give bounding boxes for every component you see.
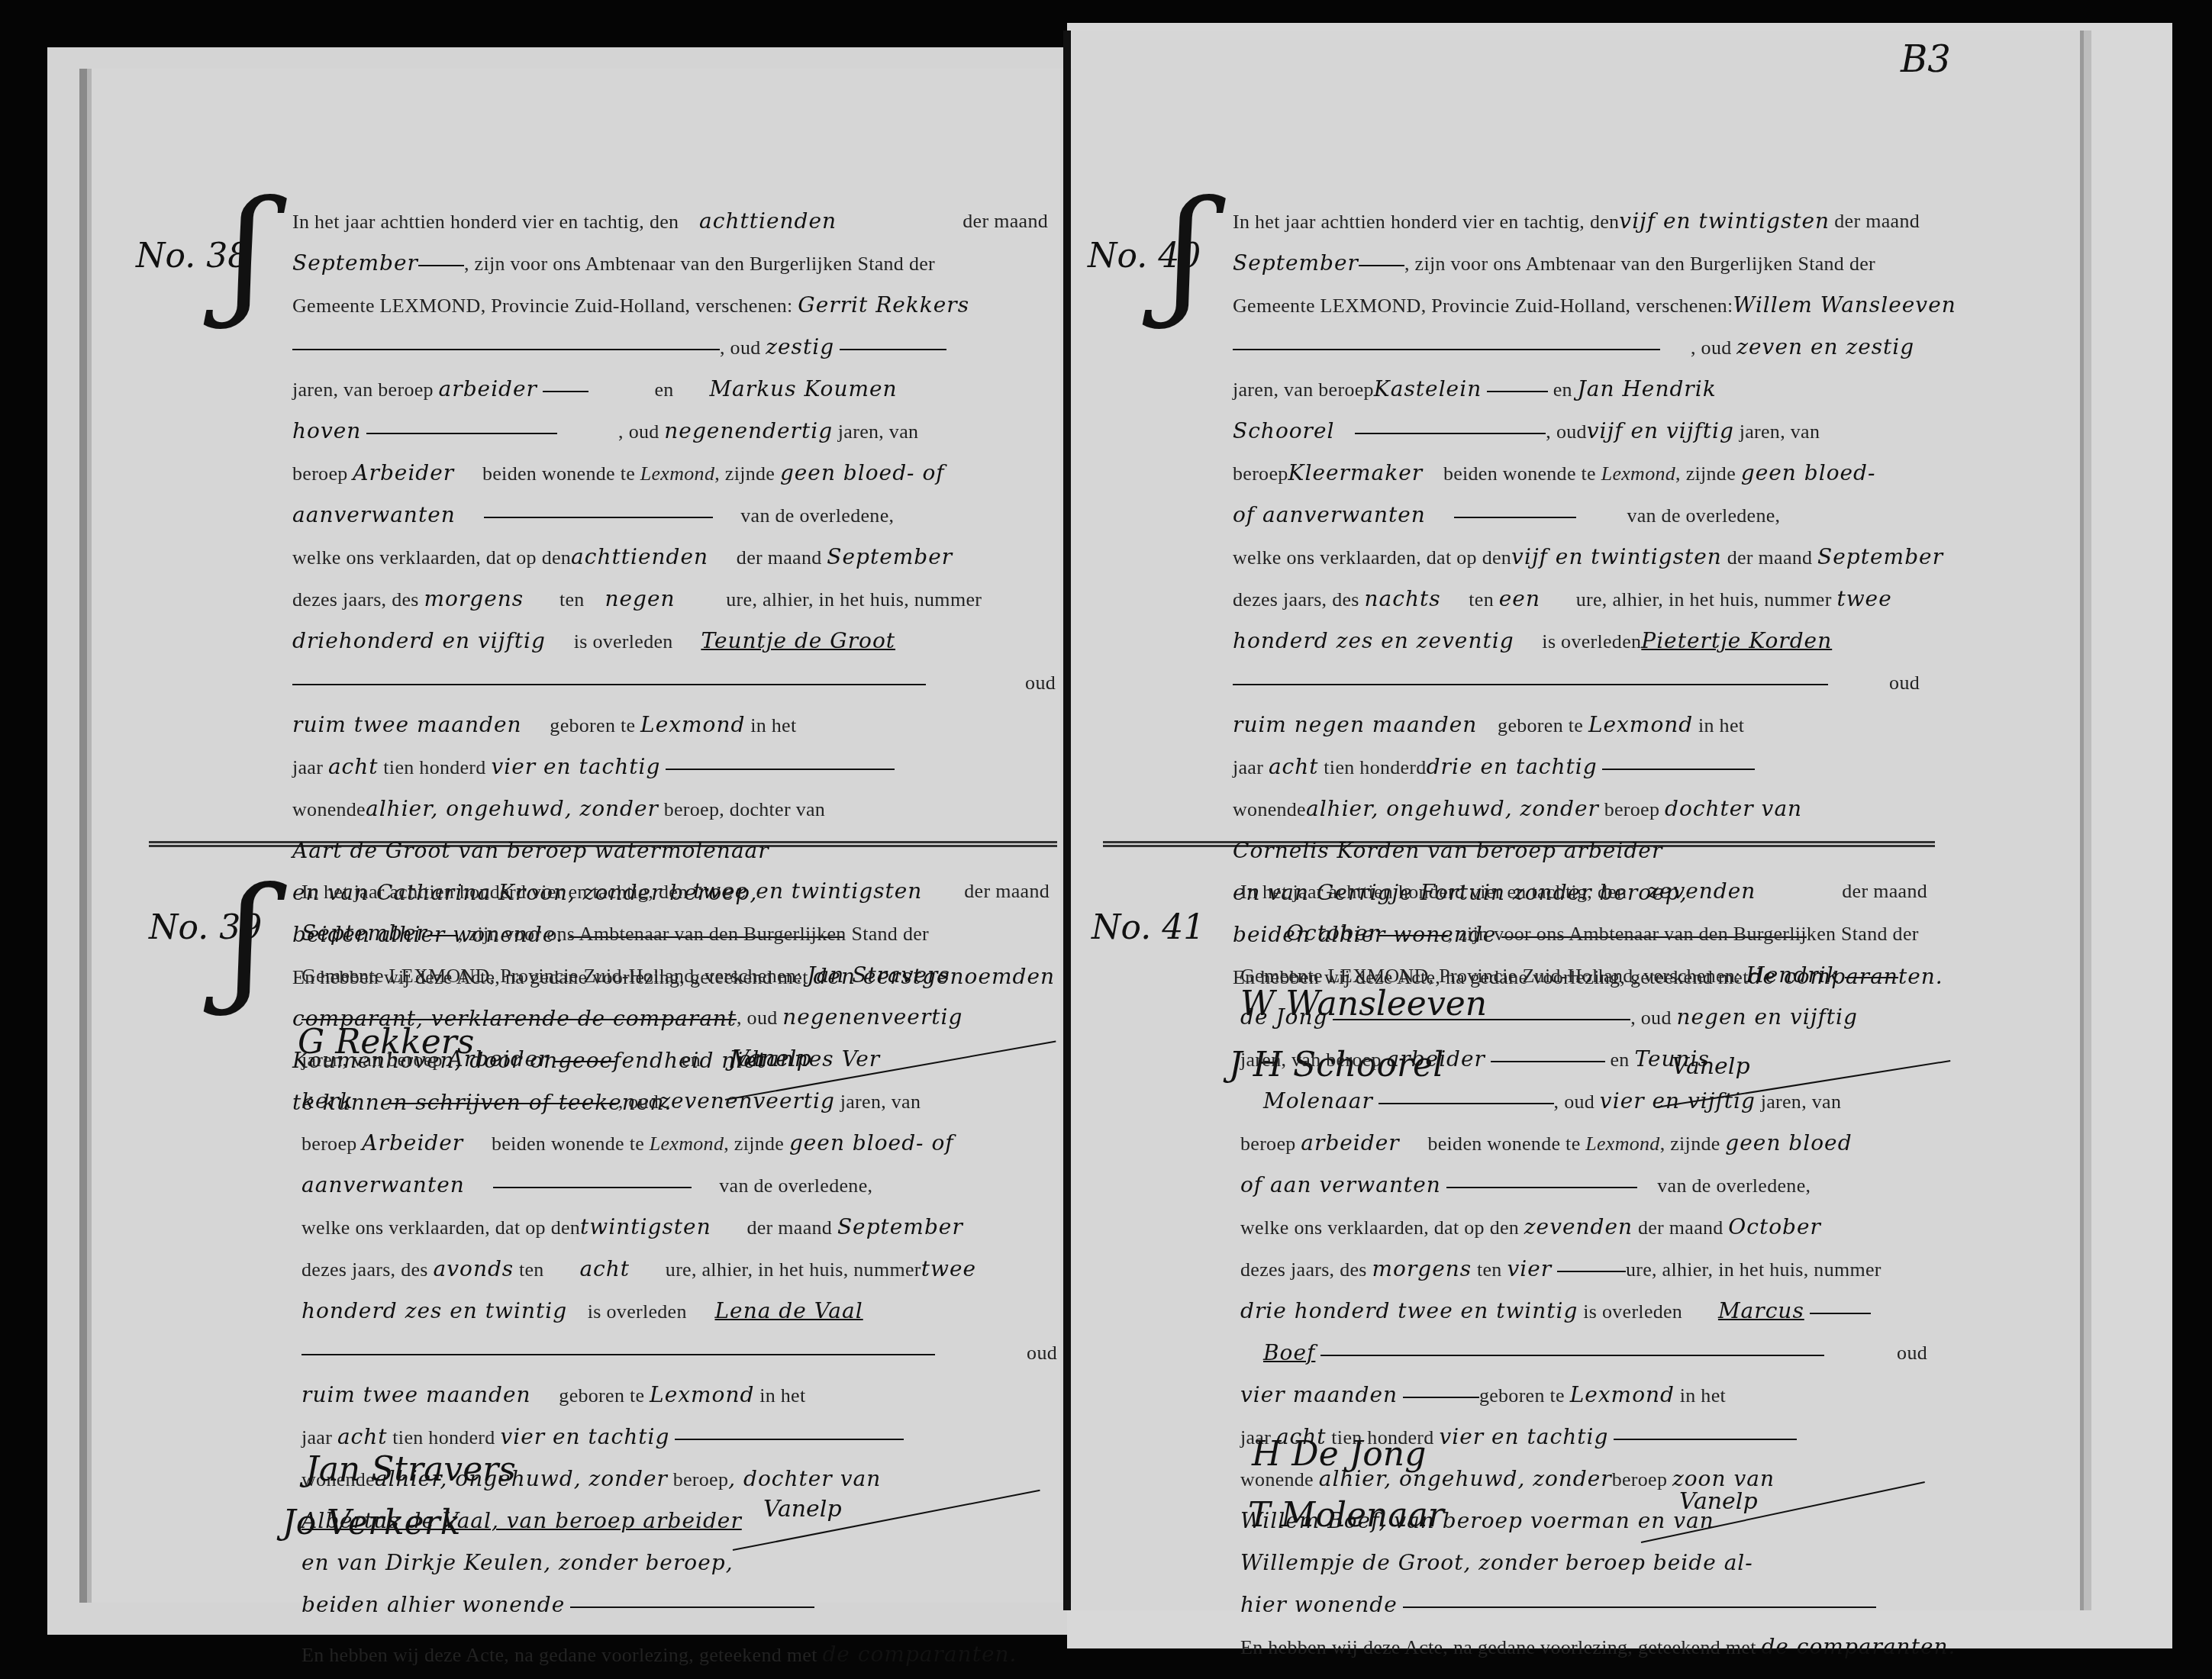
brace-mark: ʃ: [229, 870, 266, 1007]
folio-mark: B3: [1901, 38, 1951, 81]
deceased-name: Pietertje Korden: [1641, 628, 1832, 653]
record-39: In het jaar achttien honderd vier en tac…: [301, 870, 1065, 1675]
record-41: In het jaar achttien honderd vier en tac…: [1240, 870, 1927, 1668]
signature-declarant-1: Jan Stravers: [305, 1450, 516, 1489]
page-edge: [2084, 31, 2091, 1610]
official-signature: Vanelp: [1679, 1488, 1758, 1515]
signature-declarant-1: H De Jong: [1252, 1435, 1426, 1474]
deceased-surname: Boef: [1263, 1340, 1315, 1365]
official-signature: Vanelp: [763, 1496, 842, 1523]
deceased-name: Lena de Vaal: [715, 1298, 863, 1323]
brace-mark: ʃ: [1168, 183, 1205, 321]
signature-declarant-2: T Molenaar: [1248, 1496, 1444, 1535]
record-number: No. 41: [1091, 908, 1204, 947]
brace-mark: ʃ: [229, 183, 266, 321]
signature-declarant-2: Jo Verkerk: [282, 1503, 460, 1542]
deceased-name: Teuntje de Groot: [701, 628, 895, 653]
deceased-first-name: Marcus: [1718, 1298, 1804, 1323]
